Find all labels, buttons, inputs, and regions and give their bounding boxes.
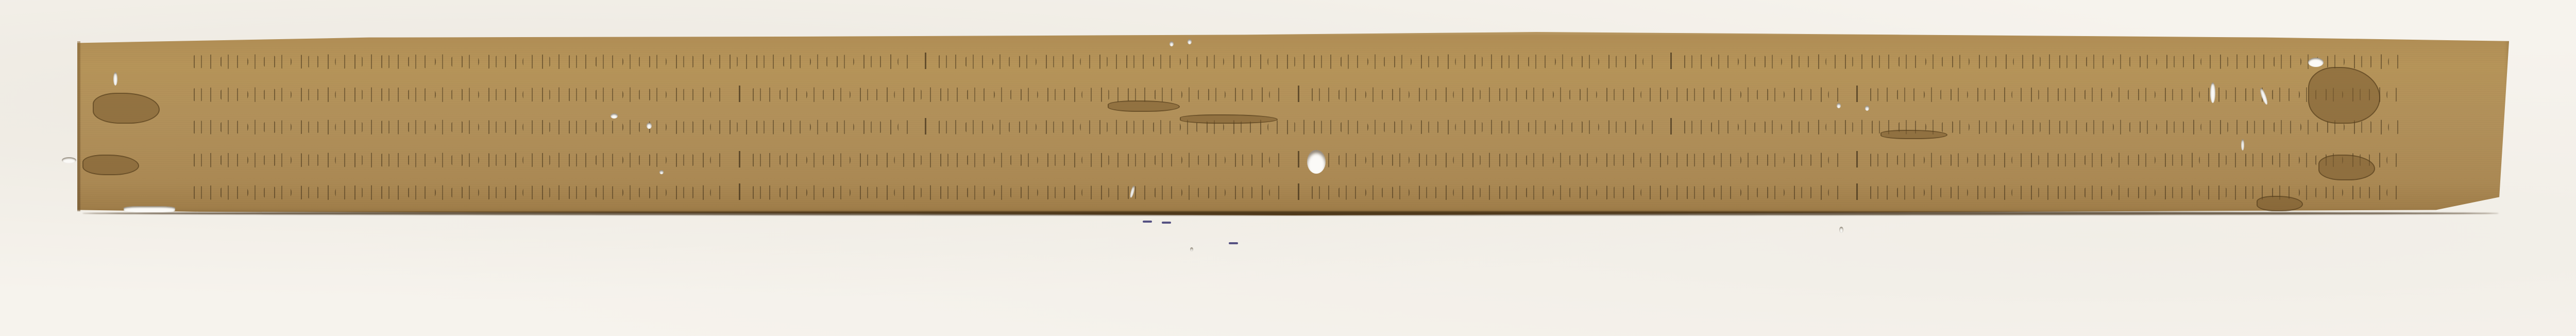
danda-separator (739, 86, 740, 102)
script-line-5: fifth line of incised Odia script with d… (191, 180, 2406, 204)
worm-hole (611, 113, 618, 119)
worm-hole (647, 123, 652, 129)
insect-damage-channel (1180, 114, 1278, 124)
worm-hole (2241, 139, 2244, 150)
danda-separator (739, 151, 740, 167)
leaf-left-edge (77, 41, 80, 211)
danda-separator (925, 53, 926, 69)
script-line-2: second line of incised Odia script with … (191, 82, 2406, 106)
danda-separator (1670, 53, 1672, 69)
glyph-run (750, 150, 1289, 168)
danda-separator (1298, 86, 1299, 102)
insect-damage-channel (1880, 130, 1947, 139)
danda-separator (1298, 183, 1299, 200)
worm-hole (1837, 103, 1841, 108)
glyph-run (1681, 52, 2406, 70)
worm-hole (1188, 39, 1192, 44)
binding-hole (1307, 150, 1326, 174)
worm-hole (2210, 82, 2215, 103)
glyph-run (1309, 183, 1848, 200)
glyph-run (750, 85, 1289, 103)
glyph-run (191, 117, 916, 135)
glyph-run (1309, 150, 1848, 168)
script-line-1: first line of incised Odia script with d… (191, 49, 2406, 73)
danda-separator (1298, 151, 1299, 167)
registration-mark (1229, 242, 1238, 244)
worm-hole (2308, 58, 2324, 67)
worm-hole (1170, 41, 1174, 46)
glyph-run (191, 183, 730, 200)
danda-separator (739, 183, 740, 200)
glyph-run (936, 52, 1660, 70)
insect-damage-channel (1108, 100, 1180, 112)
registration-mark (1162, 222, 1171, 224)
glyph-run (191, 85, 730, 103)
insect-damage-channel (2318, 155, 2375, 180)
worm-hole (1839, 227, 1843, 233)
glyph-run (191, 52, 916, 70)
danda-separator (1670, 118, 1672, 135)
manuscript-text-block: first line of incised Odia script with d… (191, 49, 2406, 204)
glyph-run (1681, 117, 2406, 135)
glyph-run (750, 183, 1289, 200)
script-line-3: third line of incised Odia script, inter… (191, 114, 2406, 138)
worm-hole (113, 72, 117, 86)
danda-separator (925, 118, 926, 135)
registration-mark (1143, 221, 1152, 223)
insect-damage-channel (2257, 196, 2303, 211)
worm-hole (1190, 247, 1193, 251)
worm-hole (659, 170, 664, 174)
worm-hole (62, 157, 76, 163)
glyph-run (936, 117, 1660, 135)
worm-hole (1865, 106, 1869, 111)
glyph-run (1309, 85, 1848, 103)
danda-separator (1856, 183, 1858, 200)
insect-damage-channel (82, 155, 139, 175)
script-line-4: fourth line of incised Odia script with … (191, 147, 2406, 171)
glyph-run (1867, 183, 2406, 200)
worm-hole (124, 206, 175, 212)
leaf-bottom-edge (82, 211, 2499, 215)
danda-separator (1856, 151, 1858, 167)
danda-separator (1856, 86, 1858, 102)
glyph-run (191, 150, 730, 168)
